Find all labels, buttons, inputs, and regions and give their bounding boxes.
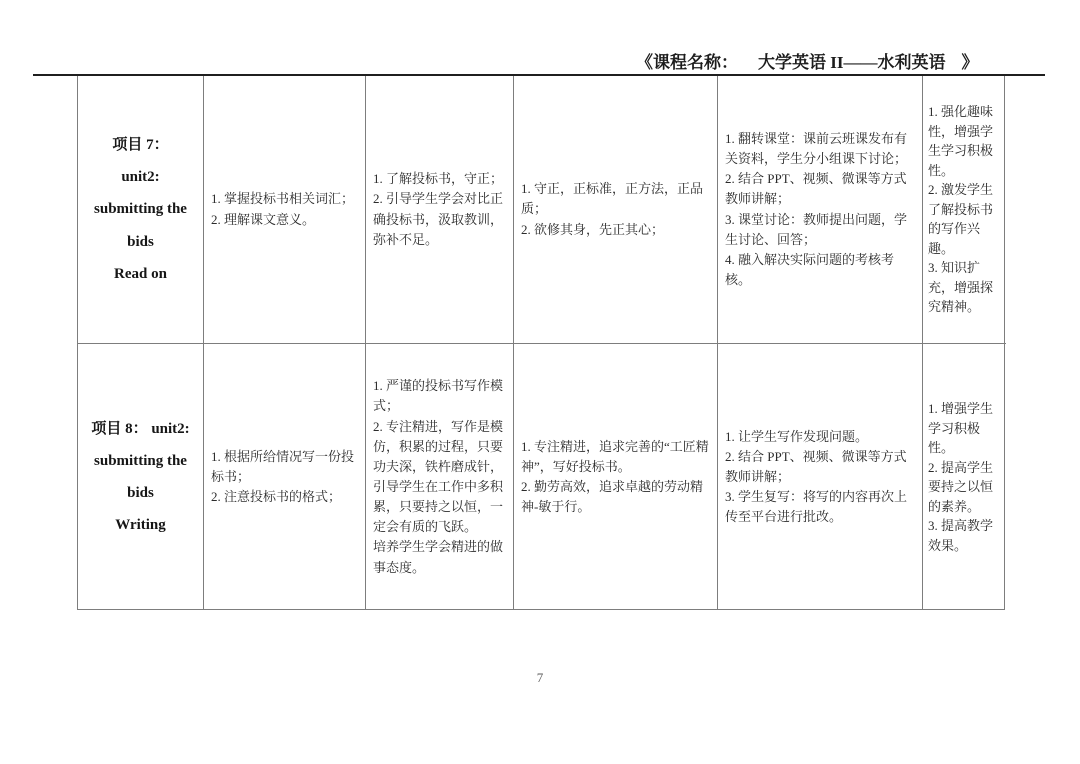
value-objectives-row1: 1. 守正，正标准，正方法，正品质； 2. 欲修其身，先正其心； bbox=[514, 175, 717, 243]
project-7-title: 项目 7： unit2: submitting the bids Read on bbox=[78, 129, 203, 290]
ability-objectives-row1: 1. 了解投标书，守正； 2. 引导学生学会对比正确投标书，汲取教训，弥补不足。 bbox=[366, 165, 513, 254]
course-name-underlined: 大学英语 II——水利英语 bbox=[738, 48, 961, 76]
page-number: 7 bbox=[0, 670, 1080, 686]
expected-outcomes-cell-row1: 1. 强化趣味性，增强学生学习积极性。 2. 激发学生了解投标书的写作兴趣。 3… bbox=[923, 76, 1006, 344]
ability-objectives-cell-row2: 1. 严谨的投标书写作模式； 2. 专注精进，写作是模仿，积累的过程，只要功夫深… bbox=[366, 344, 514, 610]
teaching-methods-cell-row2: 1. 让学生写作发现问题。 2. 结合 PPT、视频、微课等方式教师讲解； 3.… bbox=[718, 344, 923, 610]
knowledge-objectives-row2: 1. 根据所给情况写一份投标书； 2. 注意投标书的格式； bbox=[204, 443, 365, 511]
teaching-methods-row1: 1. 翻转课堂：课前云班课发布有关资料，学生分小组课下讨论； 2. 结合 PPT… bbox=[718, 125, 922, 294]
teaching-methods-cell-row1: 1. 翻转课堂：课前云班课发布有关资料，学生分小组课下讨论； 2. 结合 PPT… bbox=[718, 76, 923, 344]
ability-objectives-cell-row1: 1. 了解投标书，守正； 2. 引导学生学会对比正确投标书，汲取教训，弥补不足。 bbox=[366, 76, 514, 344]
expected-outcomes-row2: 1. 增强学生学习积极性。 2. 提高学生要持之以恒的素养。 3. 提高教学效果… bbox=[923, 395, 1006, 559]
syllabus-page: { "header": { "title_prefix": "《课程名称：", … bbox=[0, 0, 1080, 764]
value-objectives-cell-row1: 1. 守正，正标准，正方法，正品质； 2. 欲修其身，先正其心； bbox=[514, 76, 718, 344]
syllabus-table: 项目 7： unit2: submitting the bids Read on… bbox=[77, 76, 1005, 610]
course-title-suffix: 》 bbox=[961, 53, 978, 72]
expected-outcomes-row1: 1. 强化趣味性，增强学生学习积极性。 2. 激发学生了解投标书的写作兴趣。 3… bbox=[923, 98, 1006, 321]
value-objectives-cell-row2: 1. 专注精进，追求完善的“工匠精神”，写好投标书。 2. 勤劳高效，追求卓越的… bbox=[514, 344, 718, 610]
teaching-methods-row2: 1. 让学生写作发现问题。 2. 结合 PPT、视频、微课等方式教师讲解； 3.… bbox=[718, 423, 922, 532]
project-8-cell: 项目 8： unit2: submitting the bids Writing bbox=[78, 344, 204, 610]
knowledge-objectives-row1: 1. 掌握投标书相关词汇； 2. 理解课文意义。 bbox=[204, 185, 365, 233]
project-7-cell: 项目 7： unit2: submitting the bids Read on bbox=[78, 76, 204, 344]
ability-objectives-row2: 1. 严谨的投标书写作模式； 2. 专注精进，写作是模仿，积累的过程，只要功夫深… bbox=[366, 372, 513, 581]
expected-outcomes-cell-row2: 1. 增强学生学习积极性。 2. 提高学生要持之以恒的素养。 3. 提高教学效果… bbox=[923, 344, 1006, 610]
project-8-title: 项目 8： unit2: submitting the bids Writing bbox=[78, 413, 203, 542]
knowledge-objectives-cell-row1: 1. 掌握投标书相关词汇； 2. 理解课文意义。 bbox=[204, 76, 366, 344]
value-objectives-row2: 1. 专注精进，追求完善的“工匠精神”，写好投标书。 2. 勤劳高效，追求卓越的… bbox=[514, 433, 717, 522]
course-title: 《课程名称：大学英语 II——水利英语》 bbox=[636, 48, 978, 76]
course-title-prefix: 《课程名称： bbox=[636, 53, 738, 72]
knowledge-objectives-cell-row2: 1. 根据所给情况写一份投标书； 2. 注意投标书的格式； bbox=[204, 344, 366, 610]
